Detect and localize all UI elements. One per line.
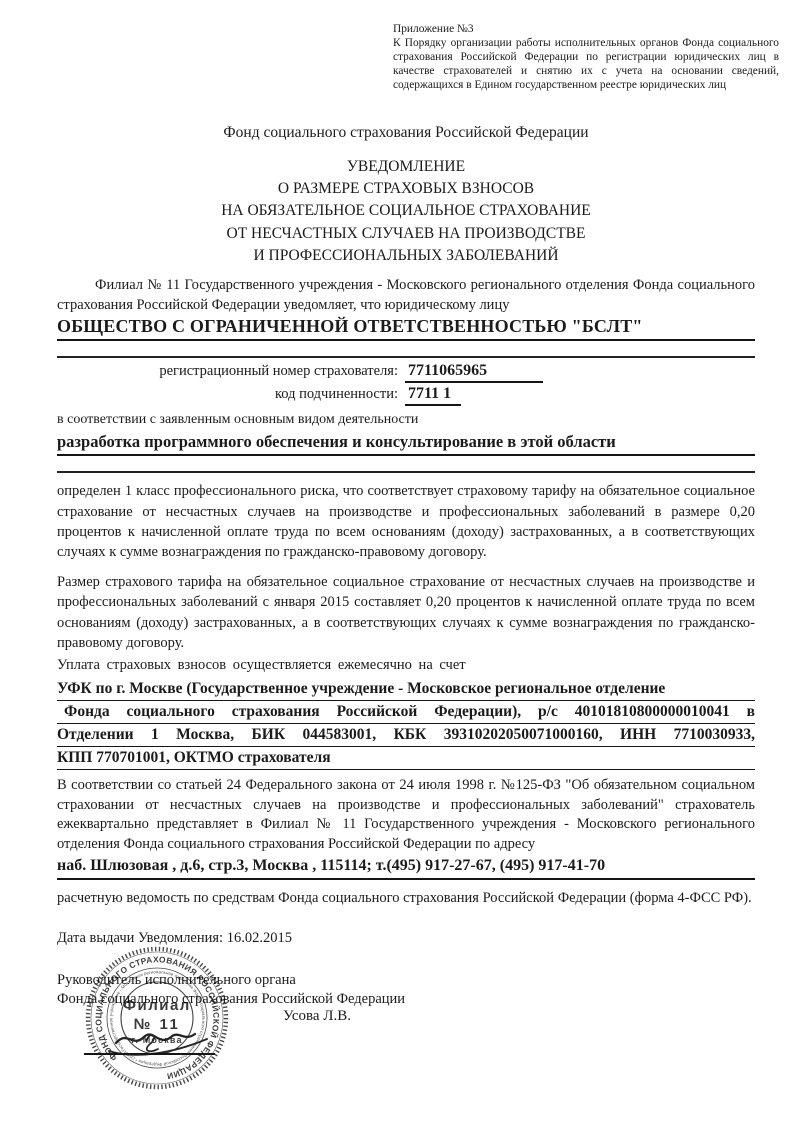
payment-lead: Уплата страховых взносов осуществляется … — [57, 655, 755, 675]
bank-line: Отделении 1 Москва, БИК 044583001, КБК 3… — [57, 724, 755, 747]
annex-body: К Порядку организации работы исполнитель… — [393, 36, 779, 92]
blank-underline — [57, 456, 755, 473]
document-title-line: УВЕДОМЛЕНИЕ — [57, 156, 755, 178]
subordination-row: код подчиненности: 7711 1 — [57, 385, 755, 406]
document-title: УВЕДОМЛЕНИЕ О РАЗМЕРЕ СТРАХОВЫХ ВЗНОСОВ … — [57, 156, 755, 267]
reg-number-row: регистрационный номер страхователя: 7711… — [57, 362, 755, 383]
bank-line: КПП 770701001, ОКТМО страхователя — [57, 747, 755, 770]
signer-name: Усова Л.В. — [283, 1008, 351, 1025]
form-note: расчетную ведомость по средствам Фонда с… — [57, 888, 755, 908]
stamp-center-line2: № 11 — [134, 1016, 181, 1033]
document-title-line: И ПРОФЕССИОНАЛЬНЫХ ЗАБОЛЕВАНИЙ — [57, 245, 755, 267]
document-title-line: ОТ НЕСЧАСТНЫХ СЛУЧАЕВ НА ПРОИЗВОДСТВЕ — [57, 223, 755, 245]
company-name-line: ОБЩЕСТВО С ОГРАНИЧЕННОЙ ОТВЕТСТВЕННОСТЬЮ… — [57, 316, 755, 341]
document-title-line: НА ОБЯЗАТЕЛЬНОЕ СОЦИАЛЬНОЕ СТРАХОВАНИЕ — [57, 200, 755, 222]
subordination-label: код подчиненности: — [57, 386, 398, 403]
official-stamp: ФОНД СОЦИАЛЬНОГО СТРАХОВАНИЯ РОССИЙСКОЙ … — [83, 944, 231, 1092]
bank-line: УФК по г. Москве (Государственное учрежд… — [57, 678, 755, 701]
issue-date-value: 16.02.2015 — [227, 930, 292, 946]
signature-line — [84, 1053, 215, 1055]
activity-lead: в соответствии с заявленным основным вид… — [57, 410, 755, 430]
tariff-paragraph: Размер страхового тарифа на обязательное… — [57, 572, 755, 654]
risk-class-paragraph: определен 1 класс профессионального риск… — [57, 481, 755, 563]
stamp-center-line1: Филиал — [123, 997, 191, 1014]
bank-details-block: УФК по г. Москве (Государственное учрежд… — [57, 678, 755, 770]
intro-paragraph: Филиал № 11 Государственного учреждения … — [57, 275, 755, 316]
law-paragraph: В соответствии со статьей 24 Федеральног… — [57, 776, 755, 855]
bank-line: Фонда социального страхования Российской… — [57, 701, 755, 724]
org-title: Фонд социального страхования Российской … — [57, 124, 755, 142]
reg-number-value: 7711065965 — [405, 362, 543, 383]
document-page: Приложение №3 К Порядку организации рабо… — [0, 0, 803, 1145]
subordination-value: 7711 1 — [405, 385, 461, 406]
blank-underline — [57, 341, 755, 358]
reg-number-label: регистрационный номер страхователя: — [57, 363, 398, 380]
address-line: наб. Шлюзовая , д.6, стр.3, Москва , 115… — [57, 857, 755, 880]
document-title-line: О РАЗМЕРЕ СТРАХОВЫХ ВЗНОСОВ — [57, 178, 755, 200]
annex-note: Приложение №3 К Порядку организации рабо… — [393, 22, 779, 92]
annex-title: Приложение №3 — [393, 22, 779, 36]
activity-value-line: разработка программного обеспечения и ко… — [57, 432, 755, 456]
